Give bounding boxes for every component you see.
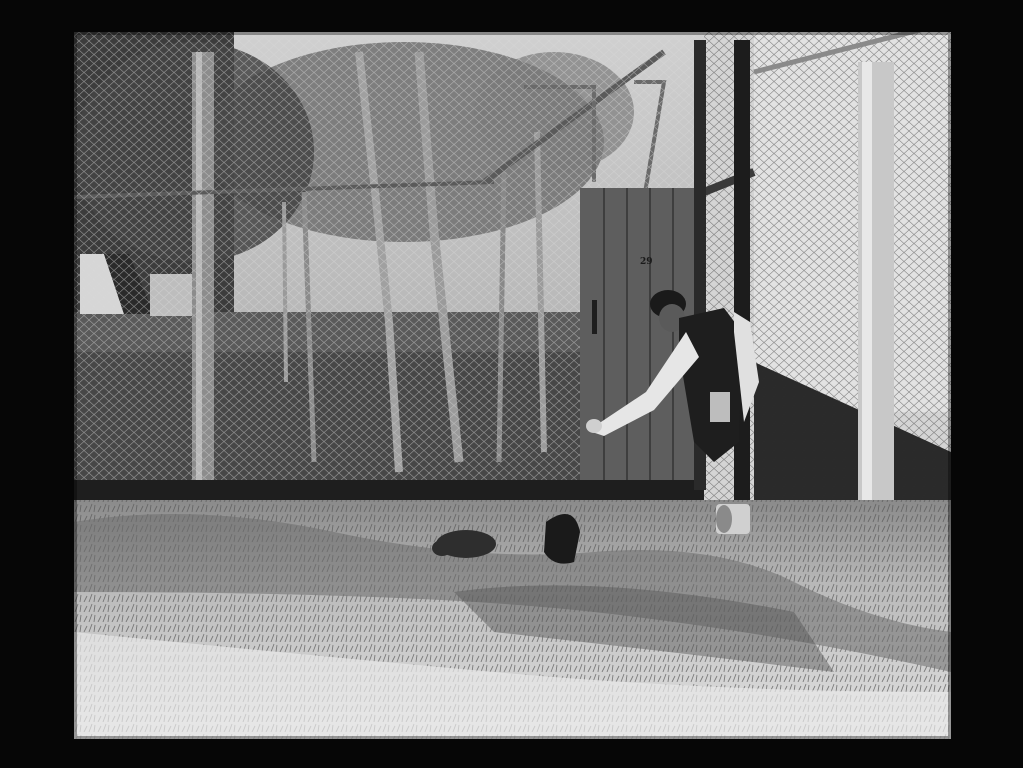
tin-pail <box>716 504 750 534</box>
animal-right <box>544 514 580 564</box>
ground <box>74 500 951 739</box>
door-number: 29 <box>640 257 653 267</box>
photograph: 29 <box>74 32 951 739</box>
enclosure-base <box>74 480 704 500</box>
gate-post <box>734 40 750 560</box>
lantern-slide-mask: 29 <box>0 0 1023 768</box>
